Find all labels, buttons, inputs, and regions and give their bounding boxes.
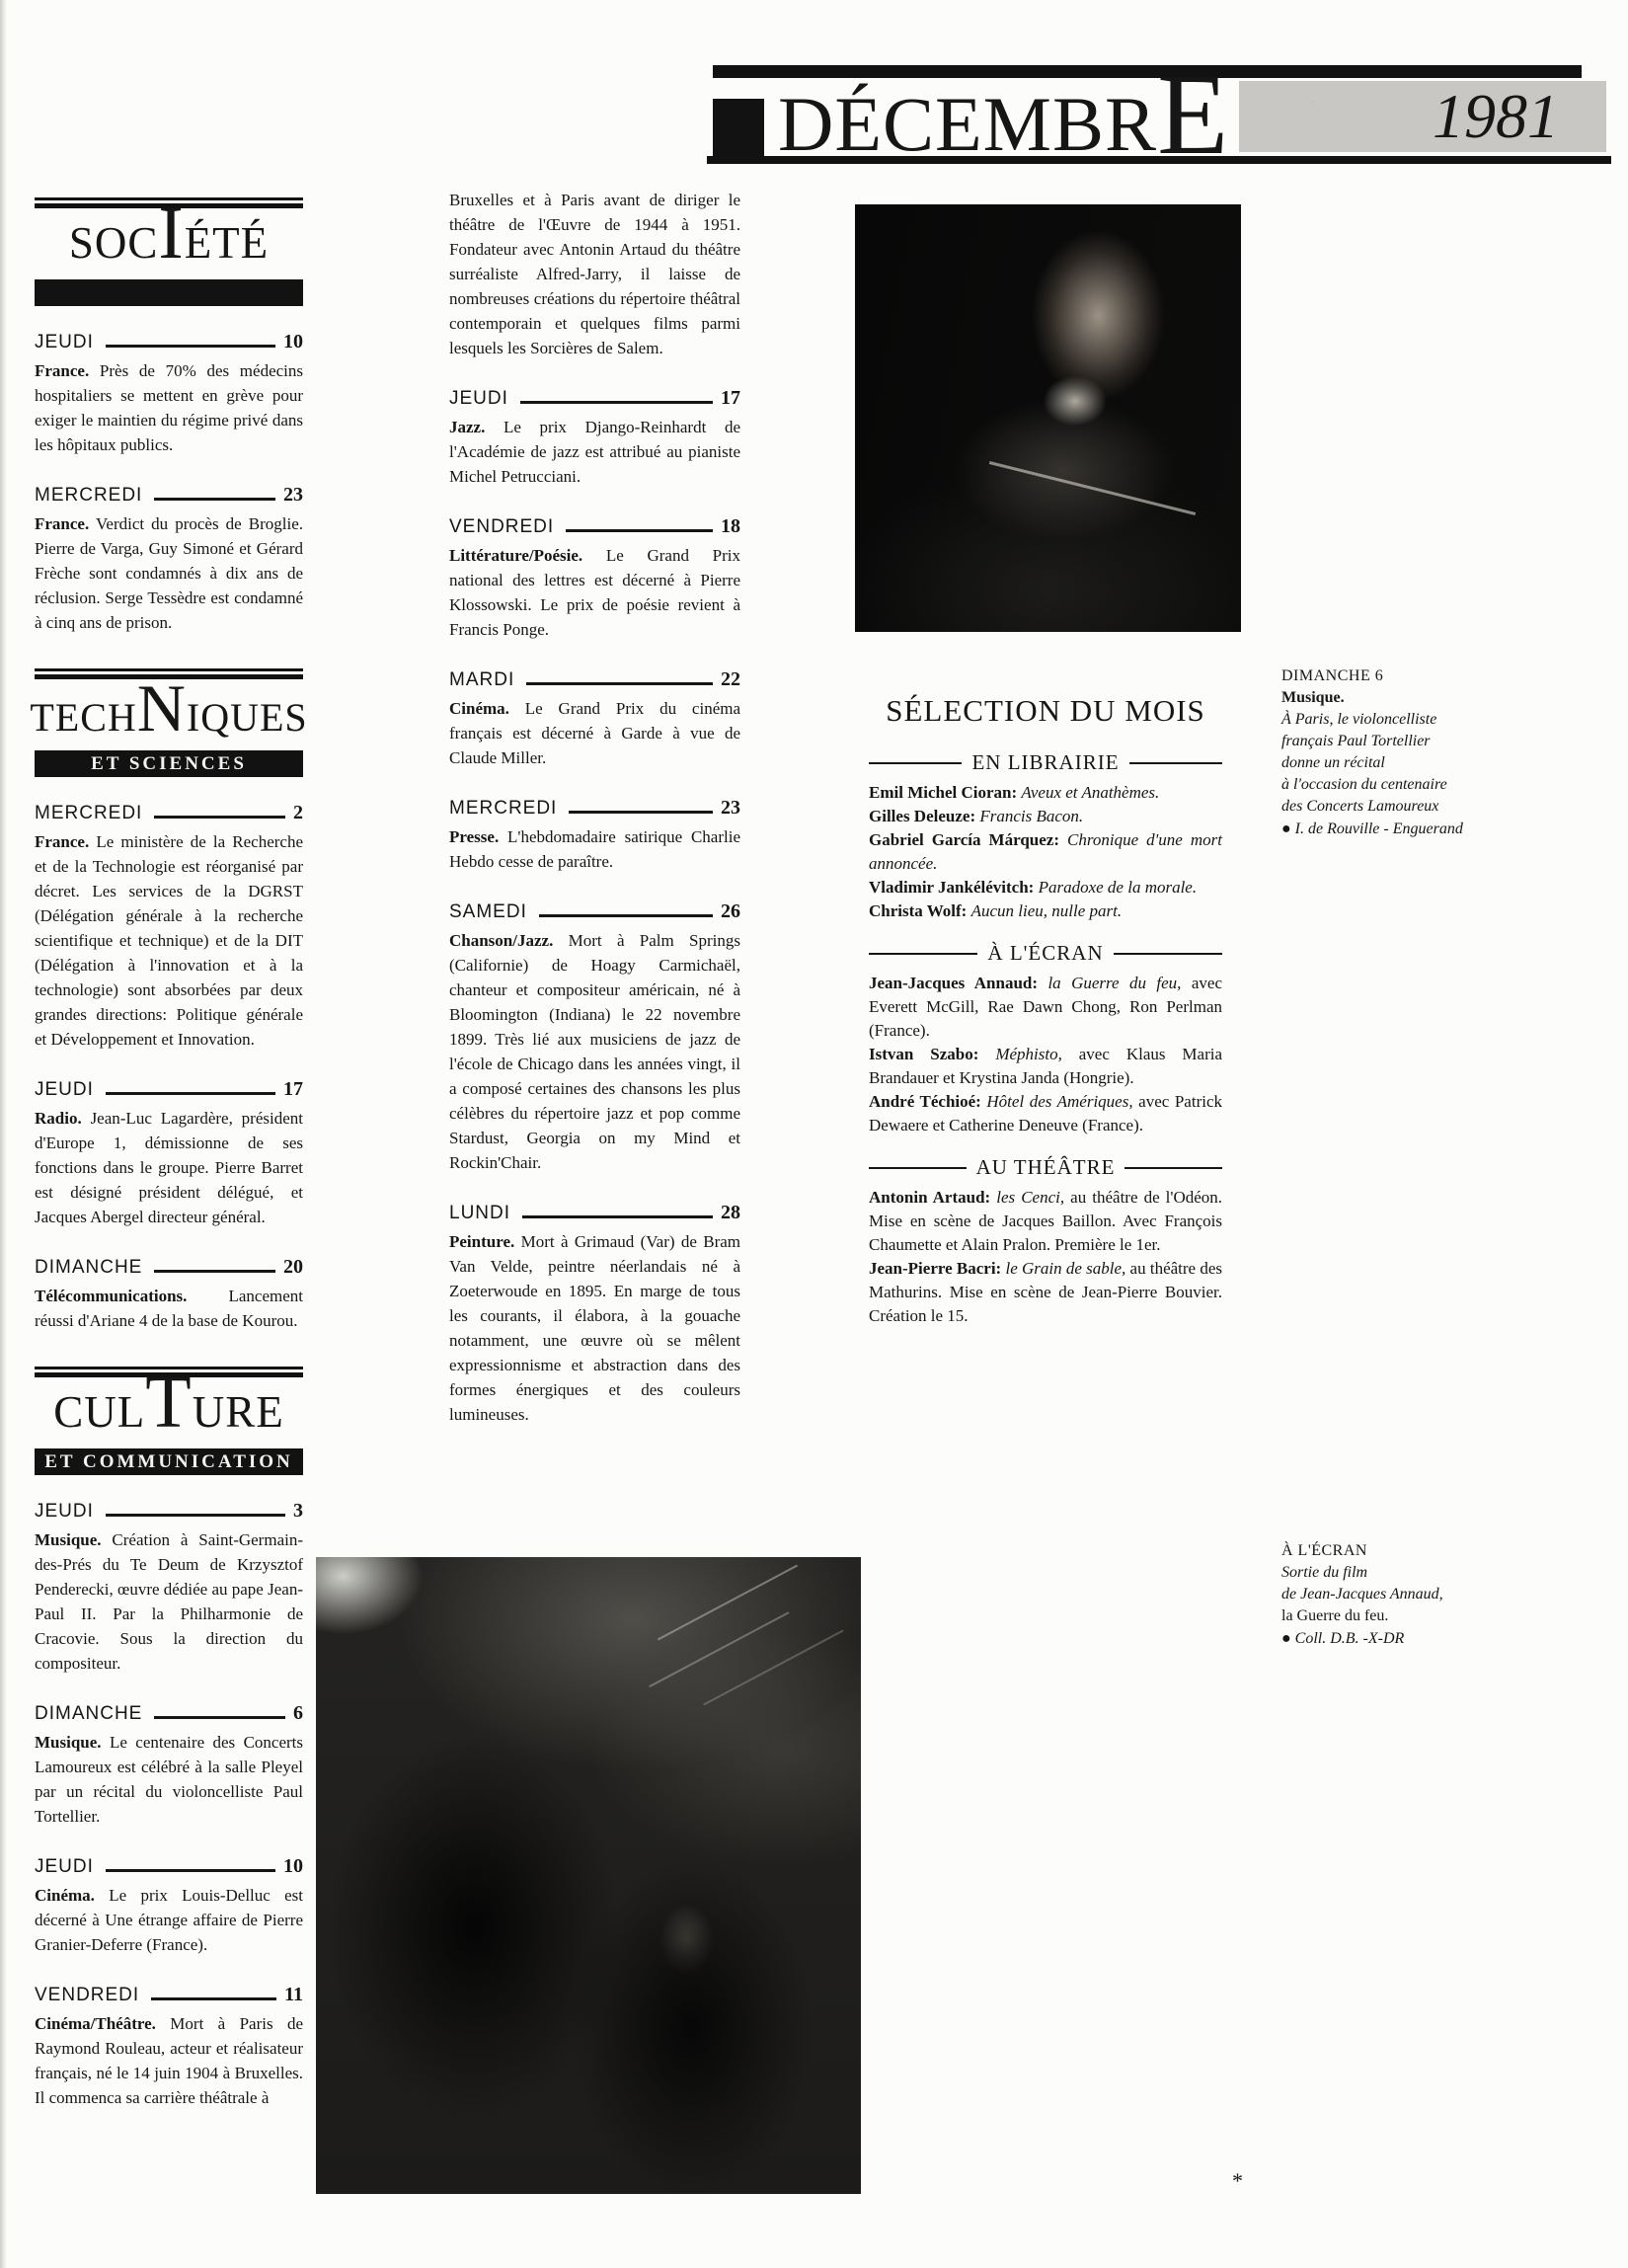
event-day: JEUDI xyxy=(449,389,508,408)
photo-cellist xyxy=(855,204,1241,632)
day-rule xyxy=(154,1270,275,1273)
event-entry: JEUDI17 Radio. Jean-Luc Lagardère, prési… xyxy=(35,1079,303,1229)
day-rule xyxy=(106,1869,275,1872)
event-entry: VENDREDI11 Cinéma/Théâtre. Mort à Paris … xyxy=(35,1985,303,2110)
day-rule xyxy=(522,1215,713,1218)
day-rule xyxy=(154,1716,285,1719)
caption-line: donne un récital xyxy=(1281,752,1589,774)
subhead-librairie: EN LIBRAIRIE xyxy=(869,750,1222,775)
section-header-culture: CULTURE ET COMMUNICATION xyxy=(35,1367,303,1475)
section-bar: ET SCIENCES xyxy=(35,750,303,777)
subhead-rule xyxy=(869,1167,967,1169)
event-text: Jazz. Le prix Django-Reinhardt de l'Acad… xyxy=(449,415,740,489)
event-day-heading: SAMEDI26 xyxy=(449,901,740,921)
event-day-heading: MERCREDI23 xyxy=(35,485,303,505)
subhead-rule xyxy=(1124,1167,1222,1169)
subhead-ecran: À L'ÉCRAN xyxy=(869,941,1222,966)
continuation-paragraph: Bruxelles et à Paris avant de diriger le… xyxy=(449,188,740,360)
event-text: Cinéma/Théâtre. Mort à Paris de Raymond … xyxy=(35,2011,303,2110)
section-header-societe: SOCIÉTÉ xyxy=(35,197,303,306)
event-entry: MERCREDI23 France. Verdict du procès de … xyxy=(35,485,303,635)
event-date-number: 2 xyxy=(293,803,303,822)
caption-title: DIMANCHE 6 xyxy=(1281,665,1589,687)
event-day: MERCREDI xyxy=(35,804,142,822)
event-date-number: 10 xyxy=(283,332,303,352)
event-day: VENDREDI xyxy=(35,1986,139,2004)
middle-column: Bruxelles et à Paris avant de diriger le… xyxy=(449,188,740,1427)
event-text: France. Verdict du procès de Broglie. Pi… xyxy=(35,511,303,635)
event-date-number: 22 xyxy=(721,669,740,689)
year-label: 1981 xyxy=(1433,85,1559,148)
section-title-culture: CULTURE xyxy=(35,1360,303,1446)
event-day-heading: MERCREDI2 xyxy=(35,803,303,822)
book-item: Gabriel García Márquez: Chronique d'une … xyxy=(869,828,1222,876)
day-rule xyxy=(539,914,713,917)
day-rule xyxy=(520,401,713,404)
year-box: 1981 xyxy=(1239,81,1606,152)
day-rule xyxy=(526,682,713,685)
day-rule xyxy=(569,811,713,814)
event-day: MARDI xyxy=(449,670,514,689)
event-day: MERCREDI xyxy=(449,799,557,818)
event-day: LUNDI xyxy=(449,1204,510,1222)
event-text: Peinture. Mort à Grimaud (Var) de Bram V… xyxy=(449,1229,740,1427)
event-text: Cinéma. Le prix Louis-Delluc est décerné… xyxy=(35,1883,303,1957)
event-day-heading: JEUDI10 xyxy=(35,1856,303,1876)
event-date-number: 17 xyxy=(283,1079,303,1099)
day-rule xyxy=(154,816,285,819)
theatre-item: Antonin Artaud: les Cenci, au théâtre de… xyxy=(869,1186,1222,1257)
section-header-techniques: TECHNIQUES ET SCIENCES xyxy=(35,668,303,777)
event-date-number: 11 xyxy=(284,1985,303,2004)
event-day-heading: JEUDI3 xyxy=(35,1501,303,1521)
event-entry: VENDREDI18 Littérature/Poésie. Le Grand … xyxy=(449,516,740,642)
event-day-heading: DIMANCHE6 xyxy=(35,1703,303,1723)
event-day-heading: JEUDI10 xyxy=(35,332,303,352)
event-date-number: 23 xyxy=(283,485,303,505)
month-marker-square-icon xyxy=(713,99,764,156)
section-title-techniques: TECHNIQUES xyxy=(35,669,303,747)
book-item: Emil Michel Cioran: Aveux et Anathèmes. xyxy=(869,781,1222,805)
event-text: Radio. Jean-Luc Lagardère, président d'E… xyxy=(35,1106,303,1229)
section-bar xyxy=(35,279,303,306)
photo-caption-ecran: À L'ÉCRAN Sortie du film de Jean-Jacques… xyxy=(1281,1540,1589,1650)
event-day-heading: MERCREDI23 xyxy=(449,798,740,818)
day-rule xyxy=(151,1997,276,2000)
subhead-rule xyxy=(1129,762,1222,764)
footnote-mark: * xyxy=(1232,2168,1243,2194)
day-rule xyxy=(106,1514,285,1517)
day-rule xyxy=(154,498,275,501)
section-title-societe: SOCIÉTÉ xyxy=(35,191,303,276)
left-column: SOCIÉTÉ JEUDI10 France. Près de 70% des … xyxy=(35,197,303,2110)
event-entry: JEUDI17 Jazz. Le prix Django-Reinhardt d… xyxy=(449,388,740,489)
day-rule xyxy=(106,345,275,348)
event-day: SAMEDI xyxy=(449,902,527,921)
event-day: MERCREDI xyxy=(35,486,142,505)
event-text: Littérature/Poésie. Le Grand Prix nation… xyxy=(449,543,740,642)
photo-credit: ● I. de Rouville - Enguerand xyxy=(1281,819,1589,840)
theatre-item: Jean-Pierre Bacri: le Grain de sable, au… xyxy=(869,1257,1222,1328)
event-entry: JEUDI10 Cinéma. Le prix Louis-Delluc est… xyxy=(35,1856,303,1957)
event-day-heading: JEUDI17 xyxy=(35,1079,303,1099)
event-day: JEUDI xyxy=(35,333,94,352)
event-date-number: 26 xyxy=(721,901,740,921)
book-item: Gilles Deleuze: Francis Bacon. xyxy=(869,805,1222,828)
subhead-theatre: AU THÉÂTRE xyxy=(869,1155,1222,1180)
event-day: DIMANCHE xyxy=(35,1704,142,1723)
day-rule xyxy=(566,529,713,532)
film-item: Istvan Szabo: Méphisto, avec Klaus Maria… xyxy=(869,1043,1222,1090)
photo-credit: ● Coll. D.B. -X-DR xyxy=(1281,1628,1589,1650)
event-date-number: 28 xyxy=(721,1203,740,1222)
event-day-heading: JEUDI17 xyxy=(449,388,740,408)
selection-title: SÉLECTION DU MOIS xyxy=(869,693,1222,729)
event-entry: MERCREDI23 Presse. L'hebdomadaire satiri… xyxy=(449,798,740,874)
event-day-heading: LUNDI28 xyxy=(449,1203,740,1222)
photo-caption-musique: DIMANCHE 6 Musique. À Paris, le violonce… xyxy=(1281,665,1589,840)
event-entry: SAMEDI26 Chanson/Jazz. Mort à Palm Sprin… xyxy=(449,901,740,1175)
event-entry: MERCREDI2 France. Le ministère de la Rec… xyxy=(35,803,303,1052)
event-date-number: 6 xyxy=(293,1703,303,1723)
subhead-rule xyxy=(869,953,977,955)
event-date-number: 20 xyxy=(283,1257,303,1277)
event-day: JEUDI xyxy=(35,1080,94,1099)
event-day-heading: DIMANCHE20 xyxy=(35,1257,303,1277)
section-bar: ET COMMUNICATION xyxy=(35,1448,303,1475)
month-title: DÉCEMBR xyxy=(778,89,1157,160)
event-entry: JEUDI10 France. Près de 70% des médecins… xyxy=(35,332,303,457)
subhead-rule xyxy=(869,762,962,764)
event-entry: DIMANCHE6 Musique. Le centenaire des Con… xyxy=(35,1703,303,1829)
caption-line: Sortie du film xyxy=(1281,1562,1589,1584)
event-text: Chanson/Jazz. Mort à Palm Springs (Calif… xyxy=(449,928,740,1175)
event-date-number: 17 xyxy=(721,388,740,408)
event-date-number: 23 xyxy=(721,798,740,818)
event-entry: DIMANCHE20 Télécommunications. Lancement… xyxy=(35,1257,303,1333)
event-day: JEUDI xyxy=(35,1857,94,1876)
magazine-page: DÉCEMBRE 1981 SOCIÉTÉ JEUDI10 France. Pr… xyxy=(0,0,1628,2268)
event-day: DIMANCHE xyxy=(35,1258,142,1277)
book-item: Vladimir Jankélévitch: Paradoxe de la mo… xyxy=(869,876,1222,899)
event-text: Musique. Création à Saint-Germain-des-Pr… xyxy=(35,1527,303,1676)
event-text: Presse. L'hebdomadaire satirique Charlie… xyxy=(449,824,740,874)
event-text: France. Près de 70% des médecins hospita… xyxy=(35,358,303,457)
subhead-rule xyxy=(1114,953,1222,955)
header-bottom-rule xyxy=(707,156,1611,164)
day-rule xyxy=(106,1092,275,1095)
caption-line: à l'occasion du centenaire xyxy=(1281,774,1589,796)
event-day-heading: VENDREDI18 xyxy=(449,516,740,536)
event-date-number: 18 xyxy=(721,516,740,536)
caption-line: français Paul Tortellier xyxy=(1281,731,1589,752)
caption-line: de Jean-Jacques Annaud, xyxy=(1281,1584,1589,1605)
caption-title: À L'ÉCRAN xyxy=(1281,1540,1589,1562)
scan-edge-shadow xyxy=(0,0,7,2268)
month-title-drop-cap: E xyxy=(1157,69,1228,160)
event-entry: MARDI22 Cinéma. Le Grand Prix du cinéma … xyxy=(449,669,740,770)
event-date-number: 3 xyxy=(293,1501,303,1521)
event-entry: JEUDI3 Musique. Création à Saint-Germain… xyxy=(35,1501,303,1676)
event-text: Musique. Le centenaire des Concerts Lamo… xyxy=(35,1730,303,1829)
event-day-heading: VENDREDI11 xyxy=(35,1985,303,2004)
event-day-heading: MARDI22 xyxy=(449,669,740,689)
film-item: Jean-Jacques Annaud: la Guerre du feu, a… xyxy=(869,972,1222,1043)
event-entry: LUNDI28 Peinture. Mort à Grimaud (Var) d… xyxy=(449,1203,740,1427)
event-day: VENDREDI xyxy=(449,517,554,536)
book-item: Christa Wolf: Aucun lieu, nulle part. xyxy=(869,899,1222,923)
caption-line: des Concerts Lamoureux xyxy=(1281,796,1589,818)
caption-line: À Paris, le violoncelliste xyxy=(1281,709,1589,731)
caption-lead: Musique. xyxy=(1281,687,1589,709)
event-date-number: 10 xyxy=(283,1856,303,1876)
event-day: JEUDI xyxy=(35,1502,94,1521)
event-text: Télécommunications. Lancement réussi d'A… xyxy=(35,1284,303,1333)
selection-du-mois: SÉLECTION DU MOIS EN LIBRAIRIE Emil Mich… xyxy=(869,693,1222,1328)
film-item: André Téchioé: Hôtel des Amériques, avec… xyxy=(869,1090,1222,1137)
event-text: France. Le ministère de la Recherche et … xyxy=(35,829,303,1052)
caption-line: la Guerre du feu. xyxy=(1281,1605,1589,1627)
page-title: DÉCEMBRE xyxy=(713,61,1228,160)
event-text: Cinéma. Le Grand Prix du cinéma français… xyxy=(449,696,740,770)
photo-film-still xyxy=(316,1557,861,2194)
